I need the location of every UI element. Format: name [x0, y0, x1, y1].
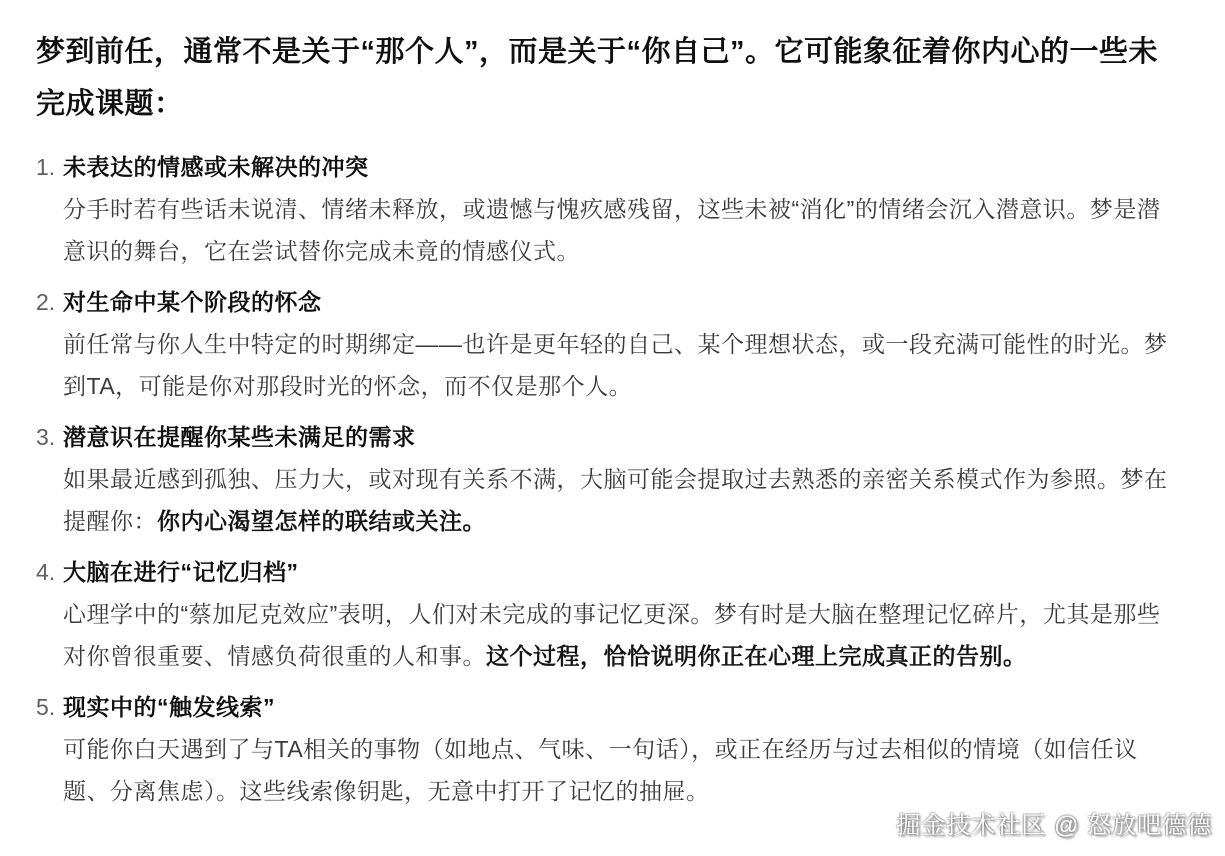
- list-item-body: 分手时若有些话未说清、情绪未释放，或遗憾与愧疚感残留，这些未被“消化”的情绪会沉…: [63, 188, 1173, 272]
- list-item-body: 前任常与你人生中特定的时期绑定——也许是更年轻的自己、某个理想状态，或一段充满可…: [63, 323, 1173, 407]
- list-item-body-text: 前任常与你人生中特定的时期绑定——也许是更年轻的自己、某个理想状态，或一段充满可…: [63, 331, 1168, 399]
- list-item-heading: 现实中的“触发线索”: [63, 686, 1173, 728]
- list-item-heading: 大脑在进行“记忆归档”: [63, 551, 1173, 593]
- list-item-heading: 未表达的情感或未解决的冲突: [63, 146, 1173, 188]
- numbered-topic-list: 1. 未表达的情感或未解决的冲突 分手时若有些话未说清、情绪未释放，或遗憾与愧疚…: [36, 146, 1173, 812]
- list-item: 2. 对生命中某个阶段的怀念 前任常与你人生中特定的时期绑定——也许是更年轻的自…: [36, 281, 1173, 407]
- list-item-number: 3.: [36, 416, 55, 458]
- list-item-heading: 对生命中某个阶段的怀念: [63, 281, 1173, 323]
- list-item-number: 2.: [36, 281, 55, 323]
- list-item-number: 4.: [36, 551, 55, 593]
- list-item-body-text: 可能你白天遇到了与TA相关的事物（如地点、气味、一句话），或正在经历与过去相似的…: [63, 736, 1138, 804]
- watermark: 掘金技术社区 @ 怒放吧德德: [896, 805, 1212, 840]
- list-item: 3. 潜意识在提醒你某些未满足的需求 如果最近感到孤独、压力大，或对现有关系不满…: [36, 416, 1173, 542]
- list-item-body: 如果最近感到孤独、压力大，或对现有关系不满，大脑可能会提取过去熟悉的亲密关系模式…: [63, 458, 1173, 542]
- list-item-body-text: 分手时若有些话未说清、情绪未释放，或遗憾与愧疚感残留，这些未被“消化”的情绪会沉…: [63, 196, 1160, 264]
- list-item-heading: 潜意识在提醒你某些未满足的需求: [63, 416, 1173, 458]
- list-item-number: 5.: [36, 686, 55, 728]
- document-page: 梦到前任，通常不是关于“那个人”，而是关于“你自己”。它可能象征着你内心的一些未…: [0, 0, 1225, 856]
- list-item: 5. 现实中的“触发线索” 可能你白天遇到了与TA相关的事物（如地点、气味、一句…: [36, 686, 1173, 812]
- list-item-body-emphasis: 你内心渴望怎样的联结或关注。: [157, 508, 486, 534]
- list-item-body-emphasis: 这个过程，恰恰说明你正在心理上完成真正的告别。: [486, 643, 1027, 669]
- page-title: 梦到前任，通常不是关于“那个人”，而是关于“你自己”。它可能象征着你内心的一些未…: [36, 26, 1173, 130]
- list-item: 1. 未表达的情感或未解决的冲突 分手时若有些话未说清、情绪未释放，或遗憾与愧疚…: [36, 146, 1173, 272]
- list-item-body: 可能你白天遇到了与TA相关的事物（如地点、气味、一句话），或正在经历与过去相似的…: [63, 728, 1173, 812]
- list-item: 4. 大脑在进行“记忆归档” 心理学中的“蔡加尼克效应”表明，人们对未完成的事记…: [36, 551, 1173, 677]
- list-item-body: 心理学中的“蔡加尼克效应”表明，人们对未完成的事记忆更深。梦有时是大脑在整理记忆…: [63, 593, 1173, 677]
- list-item-number: 1.: [36, 146, 55, 188]
